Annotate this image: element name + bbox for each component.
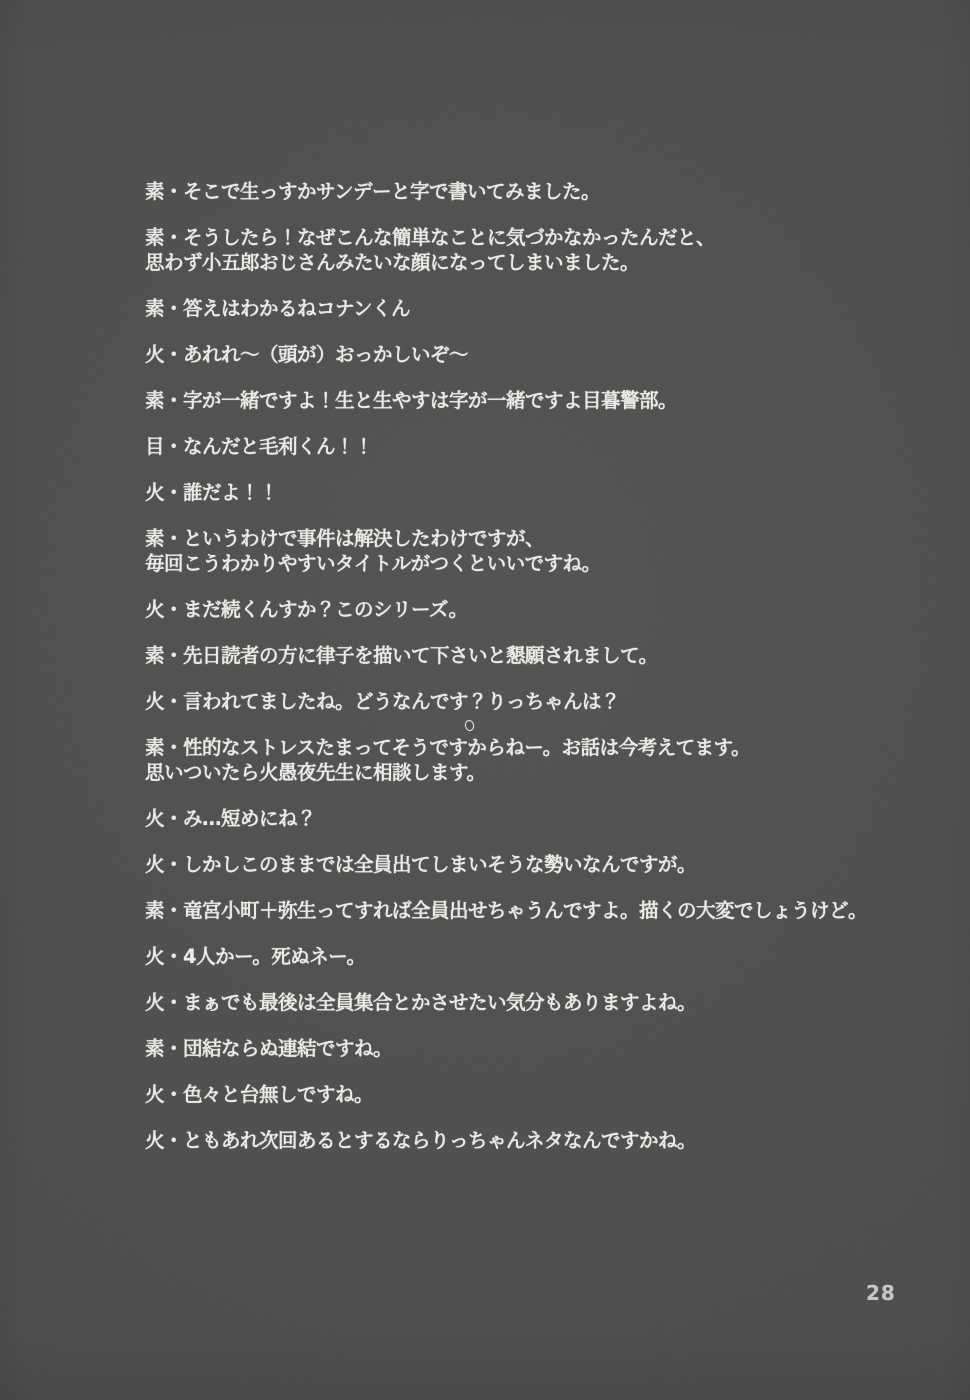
dialogue-line: 火・4人かー。死ぬネー。 (145, 944, 905, 969)
dialogue-line: 素・そうしたら！なぜこんな簡単なことに気づかなかったんだと、 思わず小五郎おじさ… (145, 225, 905, 275)
dialogue-line: 火・誰だよ！！ (145, 480, 905, 505)
dialogue-line: 火・ともあれ次回あるとするならりっちゃんネタなんですかね。 (145, 1128, 905, 1153)
dialogue-line: 火・言われてましたね。どうなんです？りっちゃんは？ (145, 689, 905, 714)
dialogue-line: 素・性的なストレスたまってそうですからねー。お話は今考えてます。 思いついたら火… (145, 735, 905, 785)
dialogue-line: 目・なんだと毛利くん！！ (145, 434, 905, 459)
dialogue-line: 素・というわけで事件は解決したわけですが、 毎回こうわかりやすいタイトルがつくと… (145, 526, 905, 576)
dialogue-line: 火・み…短めにね？ (145, 806, 905, 831)
dialogue-line: 火・あれれ～（頭が）おっかしいぞ～ (145, 342, 905, 367)
afterword-dialogue-block: 素・そこで生っすかサンデーと字で書いてみました。 素・そうしたら！なぜこんな簡単… (145, 179, 905, 1174)
page-number: 28 (866, 1281, 896, 1305)
dialogue-line: 素・竜宮小町＋弥生ってすれば全員出せちゃうんですよ。描くの大変でしょうけど。 (145, 898, 905, 923)
dialogue-line: 素・先日読者の方に律子を描いて下さいと懇願されまして。 (145, 643, 905, 668)
dialogue-line: 素・字が一緒ですよ！生と生やすは字が一緒ですよ目暮警部。 (145, 388, 905, 413)
dialogue-line: 火・しかしこのままでは全員出てしまいそうな勢いなんですが。 (145, 852, 905, 877)
dialogue-line: 素・答えはわかるねコナンくん (145, 296, 905, 321)
dialogue-line: 火・まぁでも最後は全員集合とかさせたい気分もありますよね。 (145, 990, 905, 1015)
dialogue-line: 火・色々と台無しですね。 (145, 1082, 905, 1107)
dialogue-line: 素・そこで生っすかサンデーと字で書いてみました。 (145, 179, 905, 204)
dialogue-line: 火・まだ続くんすか？このシリーズ。 (145, 597, 905, 622)
dialogue-line: 素・団結ならぬ連結ですね。 (145, 1036, 905, 1061)
